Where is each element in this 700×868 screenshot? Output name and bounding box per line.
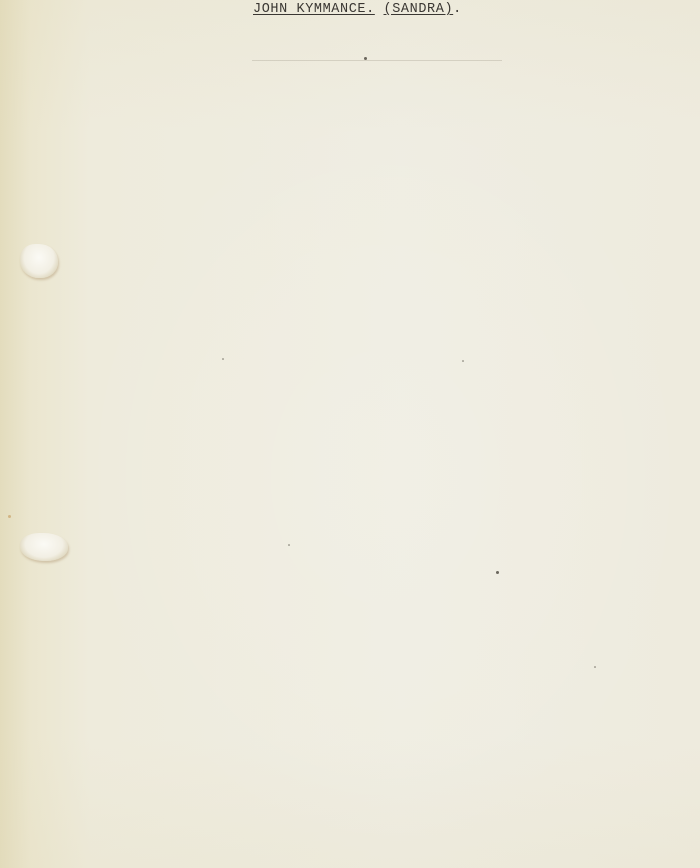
punch-hole-bottom bbox=[20, 533, 68, 561]
heading-alias: (SANDRA) bbox=[384, 2, 454, 17]
stain-speck bbox=[8, 515, 11, 518]
faint-rule-line bbox=[252, 60, 502, 61]
ink-speck bbox=[222, 358, 224, 360]
heading-name: JOHN KYMMANCE. bbox=[253, 2, 375, 17]
ink-speck bbox=[288, 544, 290, 546]
ink-speck bbox=[462, 360, 464, 362]
ink-speck bbox=[364, 57, 367, 60]
paper-shading bbox=[0, 0, 700, 868]
ink-speck bbox=[594, 666, 596, 668]
ink-speck bbox=[496, 571, 499, 574]
punch-hole-top bbox=[20, 244, 58, 278]
page-heading: JOHN KYMMANCE. (SANDRA). bbox=[253, 2, 462, 17]
document-page: JOHN KYMMANCE. (SANDRA). bbox=[0, 0, 700, 868]
heading-period: . bbox=[453, 2, 462, 17]
